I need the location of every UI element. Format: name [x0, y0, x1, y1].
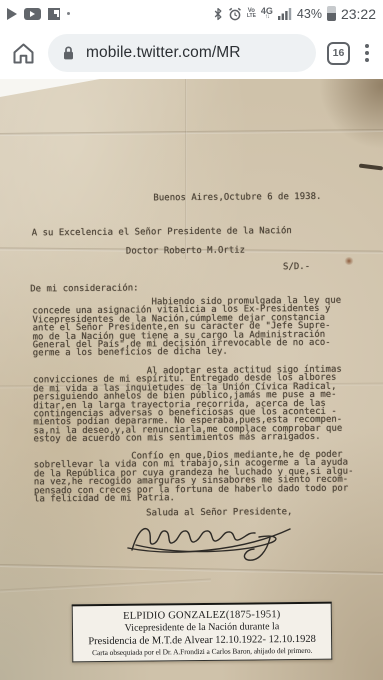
caption-provenance: Carta obsequiada por el Dr. A.Frondizi a…: [77, 646, 327, 659]
signal-strength-icon: [278, 7, 292, 20]
battery-icon: [327, 6, 336, 21]
letter-paragraph-2: Al adoptar esta actitud sigo íntimas con…: [33, 366, 343, 444]
volte-bottom-label: LTE: [247, 14, 256, 19]
tab-switcher-button[interactable]: 16: [327, 42, 350, 65]
address-bar[interactable]: mobile.twitter.com/MR: [48, 34, 316, 72]
letter-date: Buenos Aires,Octubre 6 de 1938.: [153, 192, 321, 203]
letter-paragraph-1: Habiendo sido promulgada la ley que conc…: [32, 297, 341, 359]
url-text: mobile.twitter.com/MR: [86, 44, 241, 62]
flipboard-icon: [48, 8, 60, 20]
letter-paragraph-3: Confío en que,Dios mediante,he de poder …: [34, 451, 354, 504]
menu-button[interactable]: [361, 42, 373, 64]
letter-addressee-title: A su Excelencia el Señor Presidente de l…: [32, 226, 292, 238]
volte-indicator: Vo LTE: [247, 9, 256, 19]
more-notifications-dot: [67, 12, 70, 15]
data-arrows: ↑↓: [265, 14, 269, 20]
caption-label: ELPIDIO GONZALEZ(1875-1951) Vicepresiden…: [72, 602, 333, 663]
alarm-icon: [228, 7, 242, 21]
letter-addressee-name: Doctor Roberto M.Ortiz: [126, 246, 245, 257]
letter-body: Buenos Aires,Octubre 6 de 1938. A su Exc…: [0, 77, 383, 680]
browser-toolbar: mobile.twitter.com/MR 16: [0, 27, 383, 79]
network-type-indicator: 4G ↑↓: [261, 8, 273, 20]
letter-photo[interactable]: Buenos Aires,Octubre 6 de 1938. A su Exc…: [0, 79, 383, 680]
home-button[interactable]: [10, 40, 37, 67]
letter-salutation: De mi consideración:: [30, 283, 138, 294]
tab-count-label: 16: [333, 47, 345, 59]
play-store-icon: [7, 8, 17, 20]
letter-destination: S/D.-: [283, 262, 310, 272]
phone-screen: Vo LTE 4G ↑↓ 43% 23:22: [0, 0, 383, 680]
bluetooth-icon: [213, 7, 223, 21]
lock-icon: [62, 45, 75, 61]
youtube-icon: [24, 8, 41, 20]
signature: [118, 516, 303, 568]
status-bar: Vo LTE 4G ↑↓ 43% 23:22: [0, 0, 383, 27]
notification-icons: [7, 8, 70, 20]
system-status-icons: Vo LTE 4G ↑↓ 43% 23:22: [213, 6, 376, 22]
clock-label: 23:22: [341, 6, 376, 22]
battery-percent-label: 43%: [297, 7, 322, 21]
